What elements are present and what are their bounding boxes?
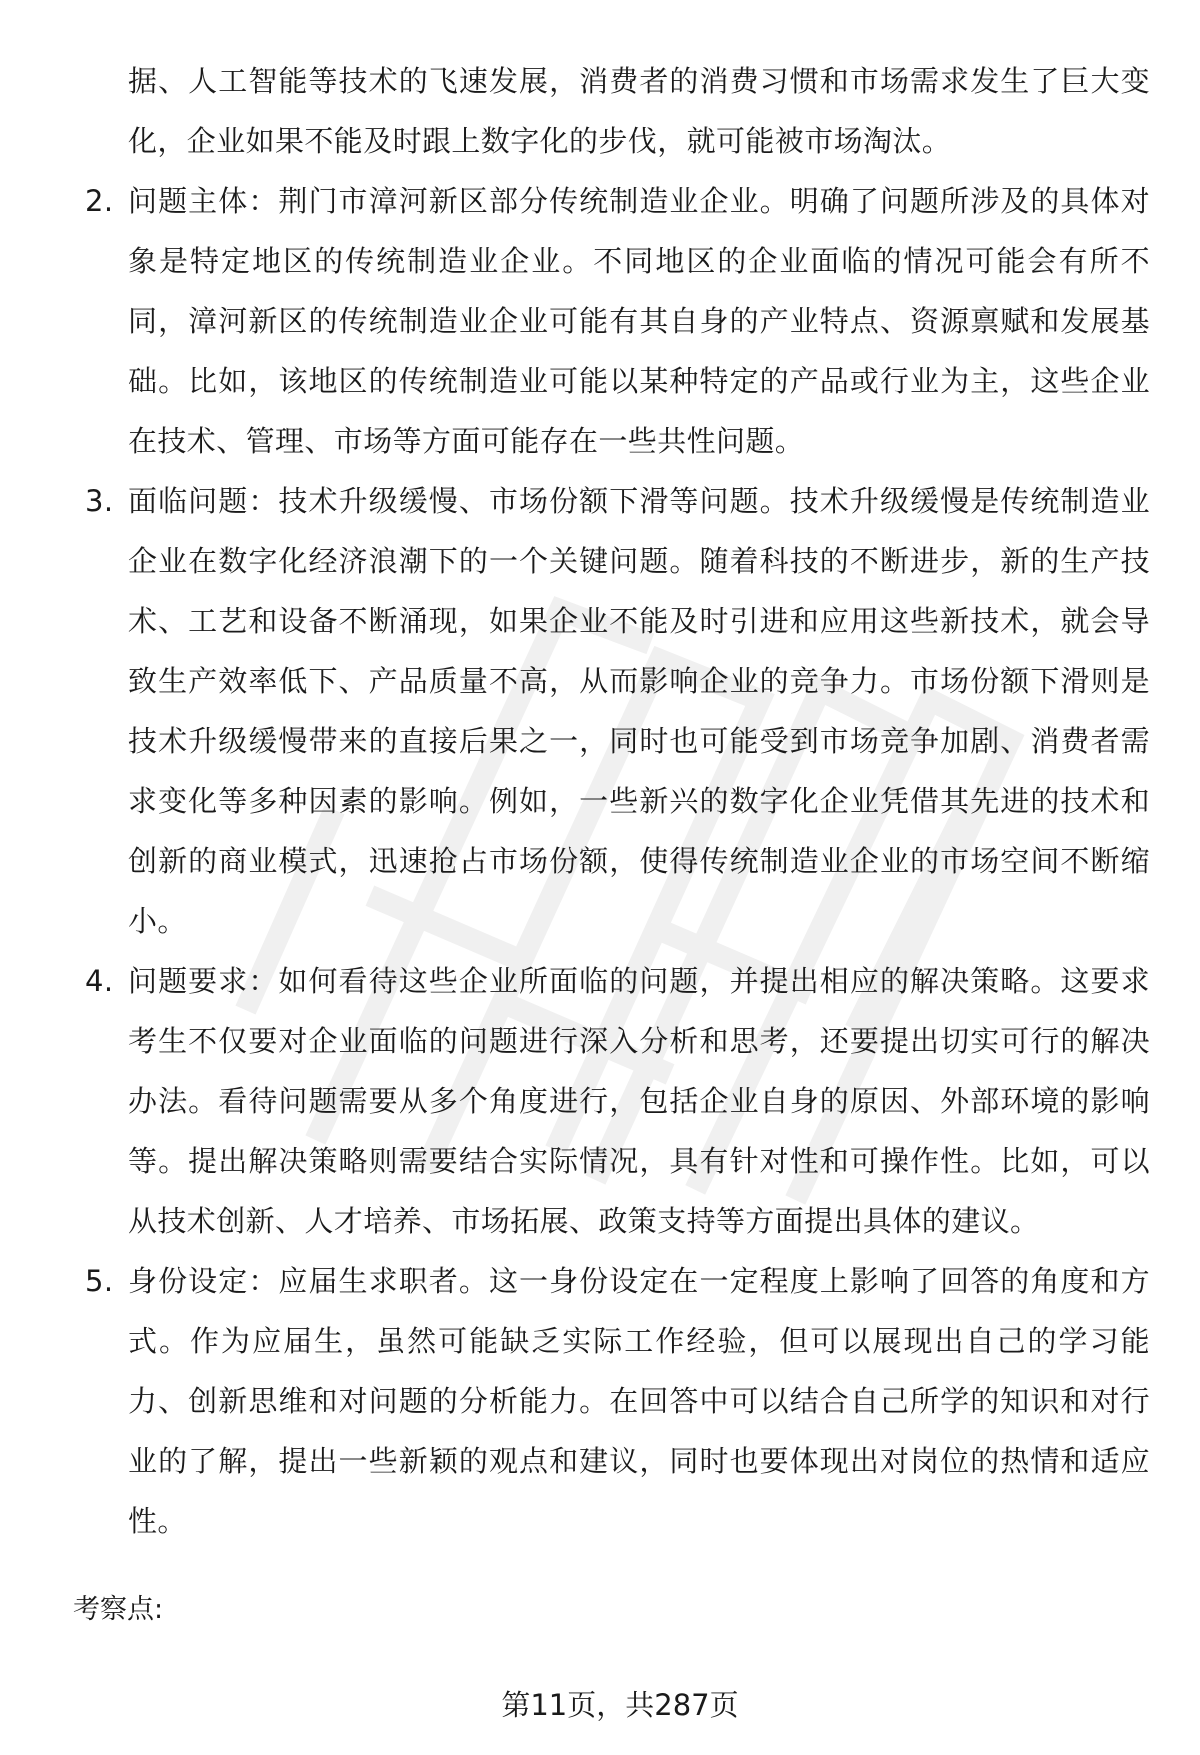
list-number: 3. xyxy=(85,471,113,531)
document-body: 据、人工智能等技术的飞速发展，消费者的消费习惯和市场需求发生了巨大变 化，企业如… xyxy=(0,51,1200,1551)
list-item-3: 3. 面临问题：技术升级缓慢、市场份额下滑等问题。技术升级缓慢是传统制造业 企业… xyxy=(0,471,1150,951)
list-item-2: 2. 问题主体：荆门市漳河新区部分传统制造业企业。明确了问题所涉及的具体对 象是… xyxy=(0,171,1150,471)
text-line: 身份设定：应届生求职者。这一身份设定在一定程度上影响了回答的角度和方 xyxy=(128,1251,1150,1311)
text-line: 同，漳河新区的传统制造业企业可能有其自身的产业特点、资源禀赋和发展基 xyxy=(128,291,1150,351)
text-line: 企业在数字化经济浪潮下的一个关键问题。随着科技的不断进步，新的生产技 xyxy=(128,531,1150,591)
text-line: 办法。看待问题需要从多个角度进行，包括企业自身的原因、外部环境的影响 xyxy=(128,1071,1150,1131)
text-line: 考生不仅要对企业面临的问题进行深入分析和思考，还要提出切实可行的解决 xyxy=(128,1011,1150,1071)
text-line: 式。作为应届生，虽然可能缺乏实际工作经验，但可以展现出自己的学习能 xyxy=(128,1311,1150,1371)
text-line: 问题要求：如何看待这些企业所面临的问题，并提出相应的解决策略。这要求 xyxy=(128,951,1150,1011)
text-line: 业的了解，提出一些新颖的观点和建议，同时也要体现出对岗位的热情和适应 xyxy=(128,1431,1150,1491)
text-line: 据、人工智能等技术的飞速发展，消费者的消费习惯和市场需求发生了巨大变 xyxy=(128,51,1150,111)
text-line: 性。 xyxy=(128,1491,1150,1551)
section-heading-exam-points: 考察点: xyxy=(73,1585,163,1635)
text-line: 力、创新思维和对问题的分析能力。在回答中可以结合自己所学的知识和对行 xyxy=(128,1371,1150,1431)
list-number: 4. xyxy=(85,951,113,1011)
list-number: 5. xyxy=(85,1251,113,1311)
text-line: 术、工艺和设备不断涌现，如果企业不能及时引进和应用这些新技术，就会导 xyxy=(128,591,1150,651)
text-line: 技术升级缓慢带来的直接后果之一，同时也可能受到市场竞争加剧、消费者需 xyxy=(128,711,1150,771)
text-line: 象是特定地区的传统制造业企业。不同地区的企业面临的情况可能会有所不 xyxy=(128,231,1150,291)
text-line: 小。 xyxy=(128,891,1150,951)
list-item-5: 5. 身份设定：应届生求职者。这一身份设定在一定程度上影响了回答的角度和方 式。… xyxy=(0,1251,1150,1551)
text-line: 化，企业如果不能及时跟上数字化的步伐，就可能被市场淘汰。 xyxy=(128,111,1150,171)
continuation-paragraph: 据、人工智能等技术的飞速发展，消费者的消费习惯和市场需求发生了巨大变 化，企业如… xyxy=(0,51,1150,171)
text-line: 创新的商业模式，迅速抢占市场份额，使得传统制造业企业的市场空间不断缩 xyxy=(128,831,1150,891)
list-number: 2. xyxy=(85,171,113,231)
page-indicator: 第11页，共287页 xyxy=(0,1680,1200,1730)
text-line: 求变化等多种因素的影响。例如，一些新兴的数字化企业凭借其先进的技术和 xyxy=(128,771,1150,831)
text-line: 从技术创新、人才培养、市场拓展、政策支持等方面提出具体的建议。 xyxy=(128,1191,1150,1251)
text-line: 在技术、管理、市场等方面可能存在一些共性问题。 xyxy=(128,411,1150,471)
text-line: 问题主体：荆门市漳河新区部分传统制造业企业。明确了问题所涉及的具体对 xyxy=(128,171,1150,231)
text-line: 等。提出解决策略则需要结合实际情况，具有针对性和可操作性。比如，可以 xyxy=(128,1131,1150,1191)
list-item-4: 4. 问题要求：如何看待这些企业所面临的问题，并提出相应的解决策略。这要求 考生… xyxy=(0,951,1150,1251)
text-line: 础。比如，该地区的传统制造业可能以某种特定的产品或行业为主，这些企业 xyxy=(128,351,1150,411)
text-line: 致生产效率低下、产品质量不高，从而影响企业的竞争力。市场份额下滑则是 xyxy=(128,651,1150,711)
text-line: 面临问题：技术升级缓慢、市场份额下滑等问题。技术升级缓慢是传统制造业 xyxy=(128,471,1150,531)
